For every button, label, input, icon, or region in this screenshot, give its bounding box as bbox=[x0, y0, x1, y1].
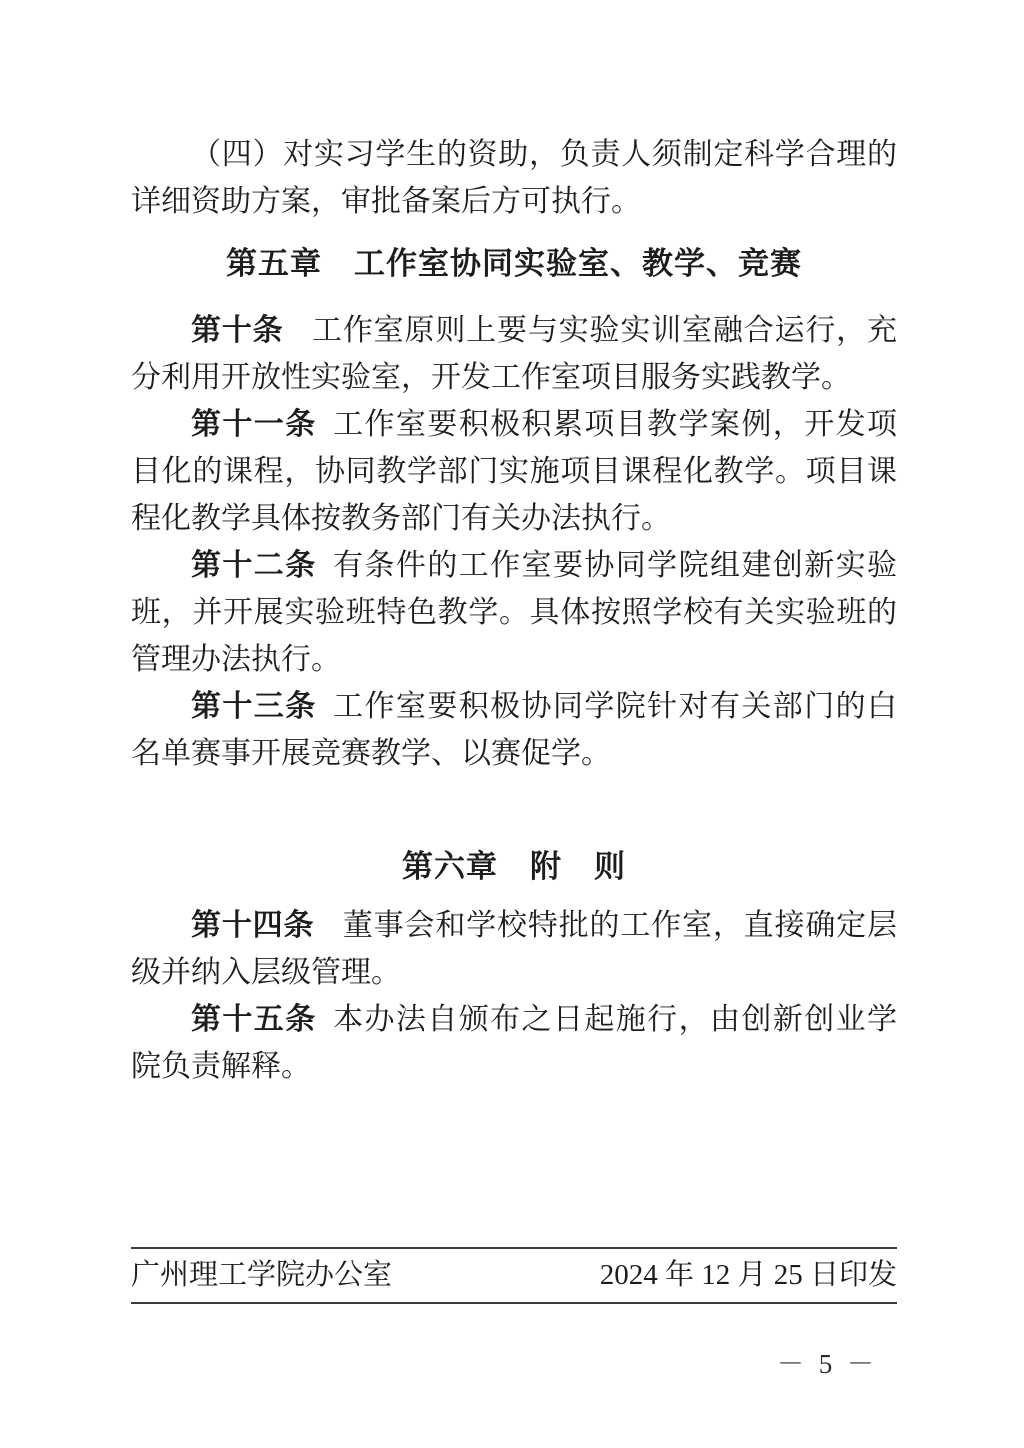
article-12-paragraph: 第十二条有条件的工作室要协同学院组建创新实验班，并开展实验班特色教学。具体按照学… bbox=[131, 542, 897, 683]
article-13-paragraph: 第十三条工作室要积极协同学院针对有关部门的白名单赛事开展竞赛教学、以赛促学。 bbox=[131, 683, 897, 777]
intro-clause-paragraph: （四）对实习学生的资助，负责人须制定科学合理的详细资助方案，审批备案后方可执行。 bbox=[131, 131, 897, 225]
article-15-number: 第十五条 bbox=[191, 1003, 317, 1036]
article-13-number: 第十三条 bbox=[191, 690, 317, 723]
document-page: （四）对实习学生的资助，负责人须制定科学合理的详细资助方案，审批备案后方可执行。… bbox=[0, 0, 1024, 1448]
article-15-paragraph: 第十五条本办法自颁布之日起施行，由创新创业学院负责解释。 bbox=[131, 996, 897, 1090]
article-14-paragraph: 第十四条董事会和学校特批的工作室，直接确定层级并纳入层级管理。 bbox=[131, 902, 897, 996]
article-11-number: 第十一条 bbox=[191, 408, 317, 441]
article-12-number: 第十二条 bbox=[191, 549, 317, 582]
article-11-paragraph: 第十一条工作室要积极积累项目教学案例，开发项目化的课程，协同教学部门实施项目课程… bbox=[131, 401, 897, 542]
article-10-paragraph: 第十条工作室原则上要与实验实训室融合运行，充分利用开放性实验室，开发工作室项目服… bbox=[131, 307, 897, 401]
document-body: （四）对实习学生的资助，负责人须制定科学合理的详细资助方案，审批备案后方可执行。… bbox=[131, 131, 897, 1090]
chapter-6-heading: 第六章 附 则 bbox=[131, 843, 897, 890]
footer-imprint-block: 广州理工学院办公室 2024 年 12 月 25 日印发 bbox=[131, 1247, 897, 1304]
intro-clause-text: （四）对实习学生的资助，负责人须制定科学合理的详细资助方案，审批备案后方可执行。 bbox=[131, 138, 897, 218]
chapter-5-heading: 第五章 工作室协同实验室、教学、竞赛 bbox=[131, 240, 897, 287]
footer-print-date: 2024 年 12 月 25 日印发 bbox=[600, 1249, 897, 1302]
article-10-number: 第十条 bbox=[191, 314, 284, 347]
page-number: － 5 － bbox=[777, 1342, 878, 1381]
article-14-number: 第十四条 bbox=[191, 909, 314, 942]
footer-issuing-office: 广州理工学院办公室 bbox=[131, 1249, 392, 1302]
